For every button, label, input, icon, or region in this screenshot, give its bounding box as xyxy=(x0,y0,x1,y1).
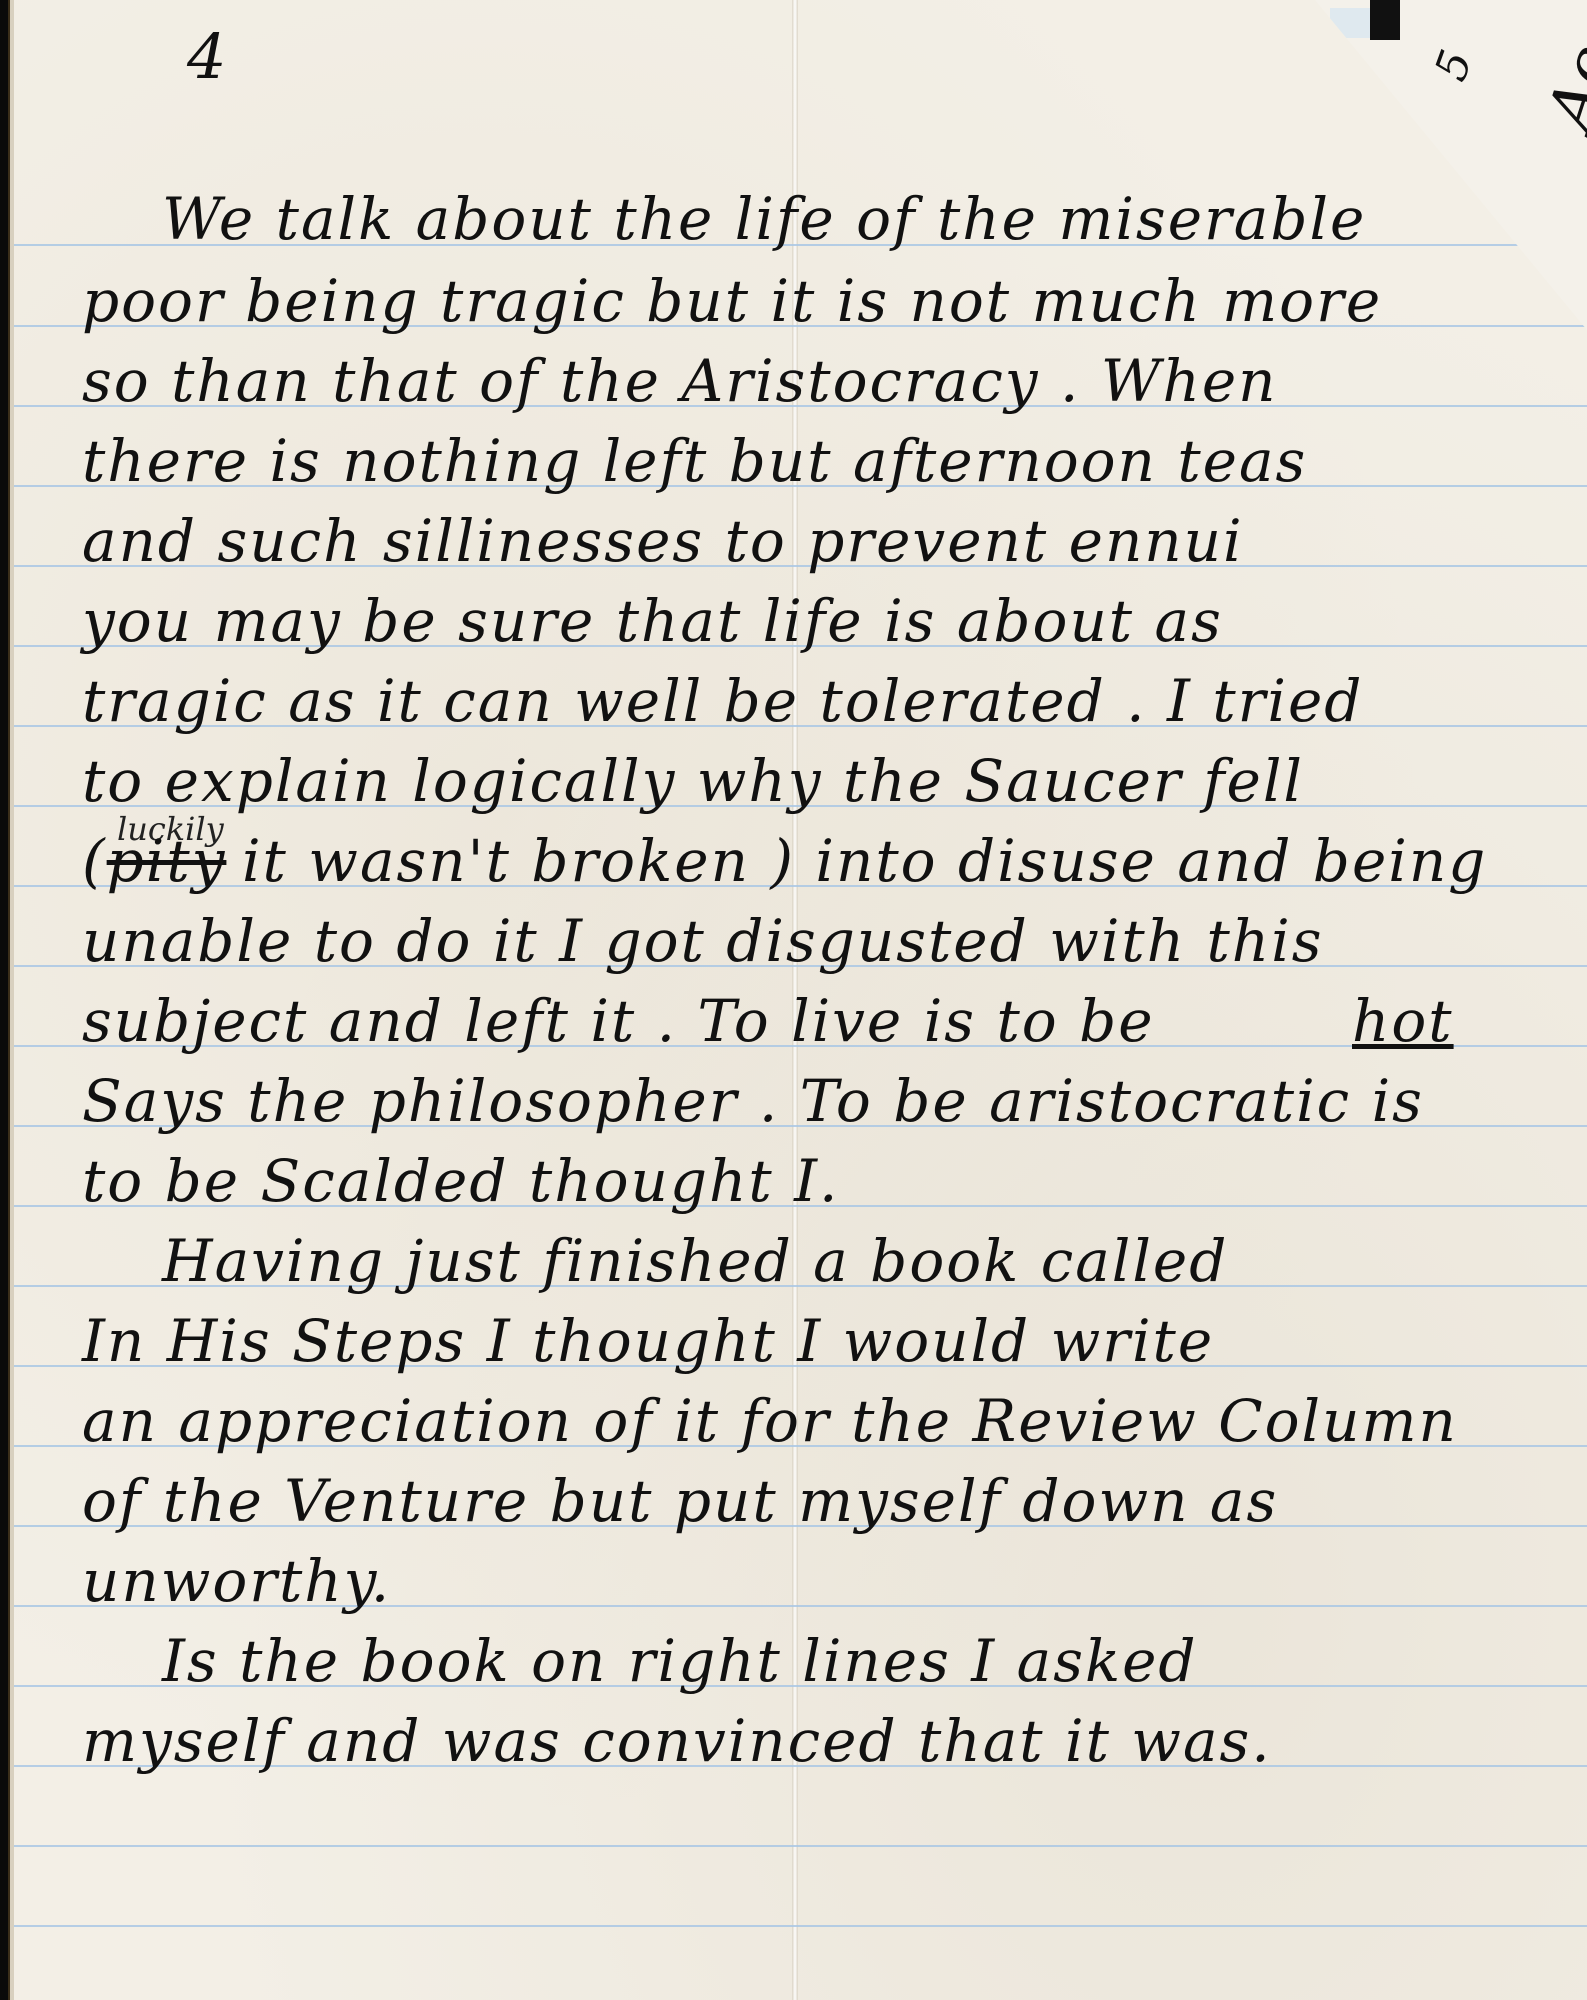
text-line-17: of the Venture but put myself down as xyxy=(82,1472,1278,1530)
page-number: 4 xyxy=(187,20,226,93)
text-line-7: tragic as it can well be tolerated . I t… xyxy=(82,672,1363,730)
manuscript-page: 4 We talk about the life of the miserabl… xyxy=(12,0,1587,2000)
background-shadow xyxy=(1370,0,1400,40)
text-line-9-prefix: (pity xyxy=(82,832,226,890)
text-line-2: poor being tragic but it is not much mor… xyxy=(82,272,1382,330)
text-line-15: In His Steps I thought I would write xyxy=(82,1312,1214,1370)
text-line-5: and such sillinesses to prevent ennui xyxy=(82,512,1244,570)
struck-word: pity xyxy=(107,827,227,895)
ruled-line xyxy=(12,1925,1587,1927)
text-line-16: an appreciation of it for the Review Col… xyxy=(82,1392,1458,1450)
text-line-11: subject and left it . To live is to be xyxy=(82,992,1155,1050)
ruled-line xyxy=(12,1845,1587,1847)
text-line-20: myself and was convinced that it was. xyxy=(82,1712,1272,1770)
text-line-18: unworthy. xyxy=(82,1552,391,1610)
text-line-14: Having just finished a book called xyxy=(82,1232,1228,1290)
text-line-8: to explain logically why the Saucer fell xyxy=(82,752,1304,810)
text-line-12: Says the philosopher . To be aristocrati… xyxy=(82,1072,1424,1130)
underlined-word: hot xyxy=(1352,992,1454,1050)
text-line-1: We talk about the life of the miserable xyxy=(82,190,1366,248)
text-line-9: it wasn't broken ) into disuse and being xyxy=(242,832,1487,890)
text-line-13: to be Scalded thought I. xyxy=(82,1152,839,1210)
text-line-19: Is the book on right lines I asked xyxy=(82,1632,1198,1690)
binding-edge xyxy=(0,0,14,2000)
text-line-10: unable to do it I got disgusted with thi… xyxy=(82,912,1323,970)
open-paren: ( xyxy=(82,827,107,895)
text-line-6: you may be sure that life is about as xyxy=(82,592,1223,650)
text-line-3: so than that of the Aristocracy . When xyxy=(82,352,1278,410)
text-line-4: there is nothing left but afternoon teas xyxy=(82,432,1307,490)
